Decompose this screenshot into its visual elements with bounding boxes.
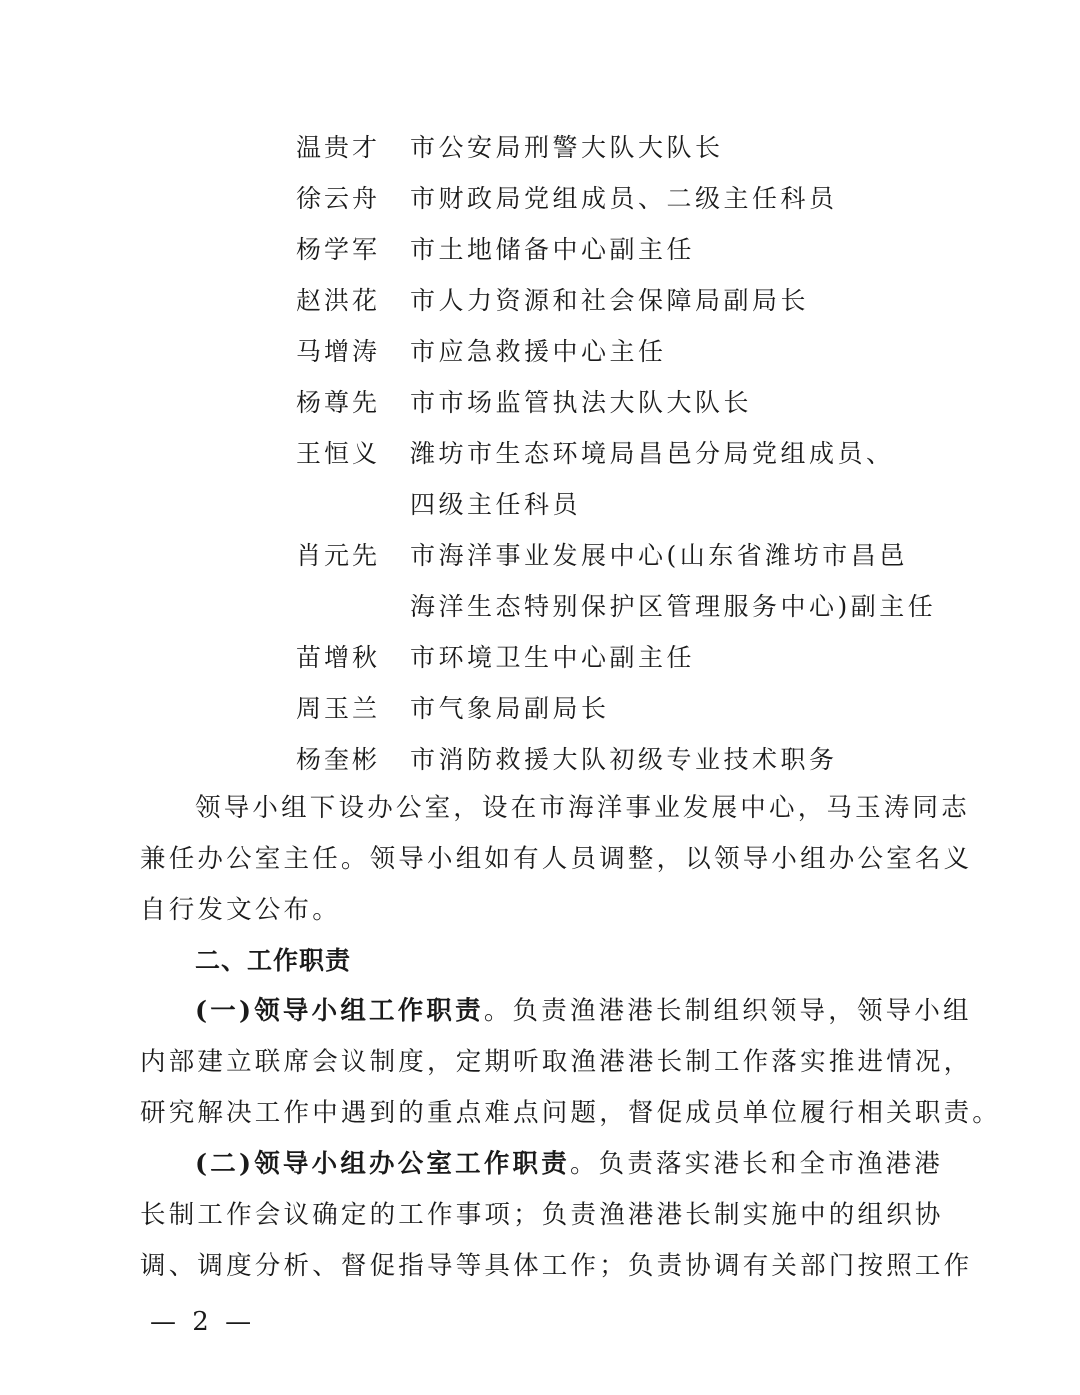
member-name: 赵洪花 <box>296 275 410 326</box>
member-row: 杨尊先 市市场监管执法大队大队长 <box>296 377 976 428</box>
duty-paragraph-2: (二)领导小组办公室工作职责。负责落实港长和全市渔港港 长制工作会议确定的工作事… <box>140 1139 940 1292</box>
duty-lead: (一)领导小组工作职责 <box>195 996 484 1026</box>
member-title: 市应急救援中心主任 <box>410 326 976 377</box>
member-title: 市气象局副局长 <box>410 683 976 734</box>
member-title: 市公安局刑警大队大队长 <box>410 122 976 173</box>
member-row: 马增涛 市应急救援中心主任 <box>296 326 976 377</box>
member-row: 赵洪花 市人力资源和社会保障局副局长 <box>296 275 976 326</box>
office-paragraph: 领导小组下设办公室，设在市海洋事业发展中心，马玉涛同志 兼任办公室主任。领导小组… <box>140 783 940 936</box>
member-row: 徐云舟 市财政局党组成员、二级主任科员 <box>296 173 976 224</box>
member-list: 温贵才 市公安局刑警大队大队长 徐云舟 市财政局党组成员、二级主任科员 杨学军 … <box>296 122 976 785</box>
member-name: 杨学军 <box>296 224 410 275</box>
member-name: 肖元先 <box>296 530 410 581</box>
member-row: 温贵才 市公安局刑警大队大队长 <box>296 122 976 173</box>
member-title: 潍坊市生态环境局昌邑分局党组成员、 四级主任科员 <box>410 428 976 530</box>
member-row: 杨奎彬 市消防救援大队初级专业技术职务 <box>296 734 976 785</box>
member-title: 市人力资源和社会保障局副局长 <box>410 275 976 326</box>
member-name: 徐云舟 <box>296 173 410 224</box>
page-number: — 2 — <box>150 1302 255 1342</box>
member-name: 杨尊先 <box>296 377 410 428</box>
member-row: 周玉兰 市气象局副局长 <box>296 683 976 734</box>
member-title: 市海洋事业发展中心(山东省潍坊市昌邑 海洋生态特别保护区管理服务中心)副主任 <box>410 530 976 632</box>
member-name: 苗增秋 <box>296 632 410 683</box>
member-title: 市消防救援大队初级专业技术职务 <box>410 734 976 785</box>
member-name: 马增涛 <box>296 326 410 377</box>
member-name: 杨奎彬 <box>296 734 410 785</box>
member-row: 肖元先 市海洋事业发展中心(山东省潍坊市昌邑 海洋生态特别保护区管理服务中心)副… <box>296 530 976 632</box>
member-title: 市环境卫生中心副主任 <box>410 632 976 683</box>
member-title: 市土地储备中心副主任 <box>410 224 976 275</box>
document-page: 温贵才 市公安局刑警大队大队长 徐云舟 市财政局党组成员、二级主任科员 杨学军 … <box>0 0 1080 1395</box>
member-title: 市市场监管执法大队大队长 <box>410 377 976 428</box>
section-heading: 二、工作职责 <box>195 935 895 986</box>
member-name: 周玉兰 <box>296 683 410 734</box>
member-name: 王恒义 <box>296 428 410 479</box>
duty-lead: (二)领导小组办公室工作职责 <box>195 1149 570 1179</box>
member-title: 市财政局党组成员、二级主任科员 <box>410 173 976 224</box>
member-row: 王恒义 潍坊市生态环境局昌邑分局党组成员、 四级主任科员 <box>296 428 976 530</box>
member-row: 苗增秋 市环境卫生中心副主任 <box>296 632 976 683</box>
member-name: 温贵才 <box>296 122 410 173</box>
duty-paragraph-1: (一)领导小组工作职责。负责渔港港长制组织领导，领导小组 内部建立联席会议制度，… <box>140 986 940 1139</box>
member-row: 杨学军 市土地储备中心副主任 <box>296 224 976 275</box>
